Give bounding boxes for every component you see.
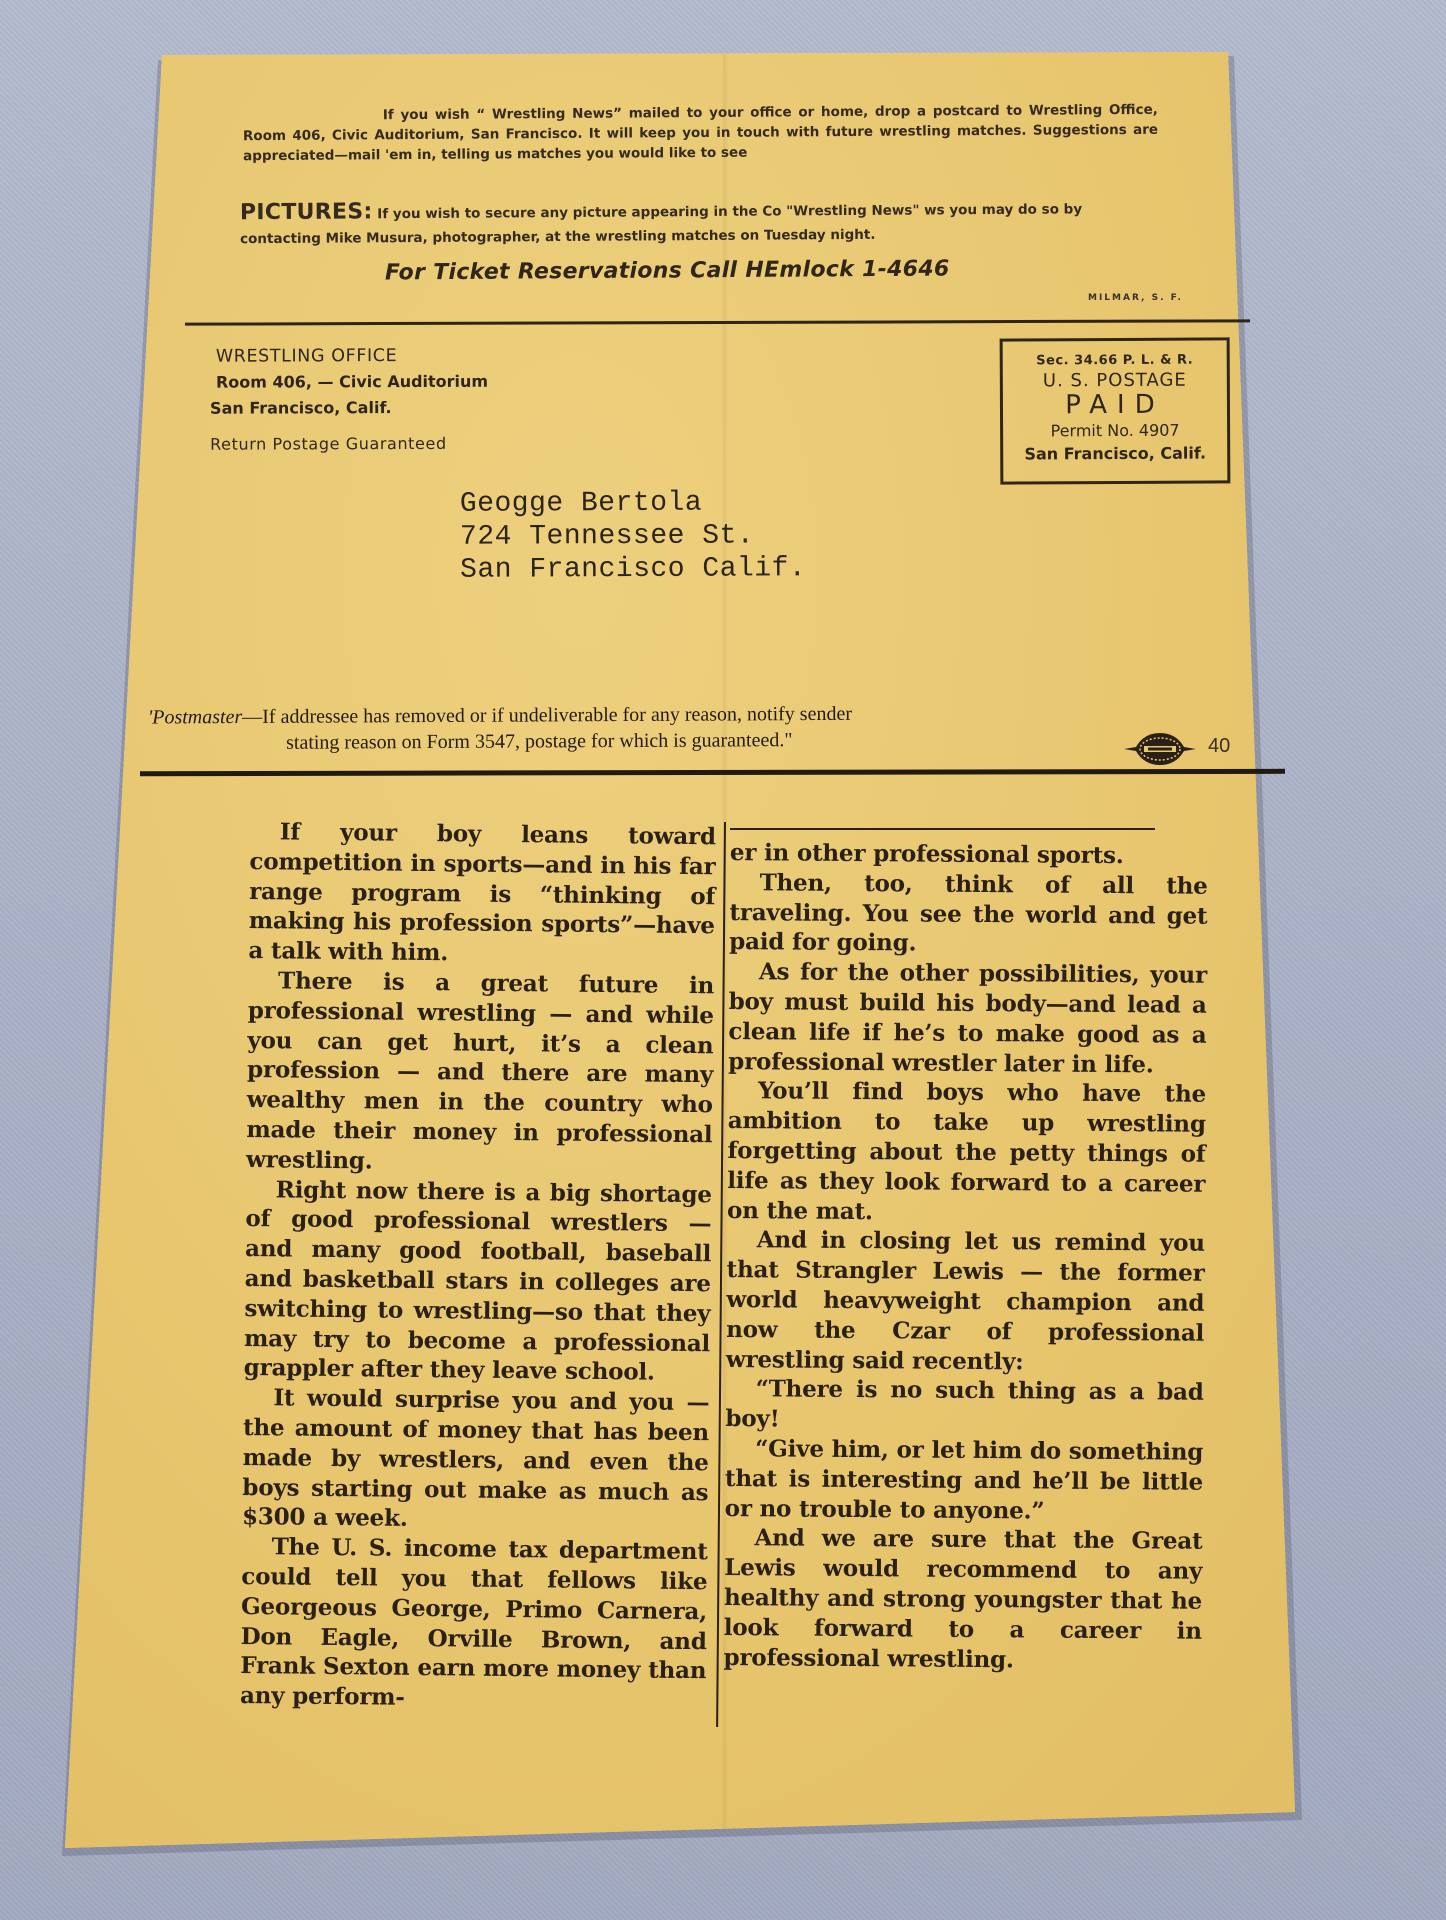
article-paragraph: Right now there is a big shortage of goo… — [244, 1175, 712, 1389]
recipient-address: Geogge Bertola 724 Tennessee St. San Fra… — [460, 486, 806, 587]
postmaster-line1: —If addressee has removed or if undelive… — [242, 703, 852, 728]
postage-city: San Francisco, Calif. — [1003, 443, 1227, 463]
pictures-notice: PICTURES: If you wish to secure any pict… — [240, 195, 1165, 251]
postage-section: Sec. 34.66 P. L. & R. — [1003, 352, 1227, 368]
column2-top-rule — [730, 828, 1155, 830]
article-paragraph: As for the other possibilities, your boy… — [728, 957, 1207, 1080]
postmaster-label: 'Postmaster — [148, 706, 242, 728]
header-divider — [185, 319, 1250, 325]
article-paragraph: There is a great future in professional … — [246, 966, 714, 1180]
notice-text: If you wish “ Wrestling News” mailed to … — [243, 102, 1158, 164]
postage-line1: U. S. POSTAGE — [1003, 369, 1227, 391]
recipient-city: San Francisco Calif. — [460, 552, 806, 587]
article-paragraph: Then, too, think of all the traveling. Y… — [729, 868, 1208, 961]
postmaster-notice: 'Postmaster—If addressee has removed or … — [148, 699, 1108, 756]
postage-permit: Permit No. 4907 — [1003, 420, 1227, 440]
pictures-label: PICTURES: — [240, 199, 373, 225]
article-column-2: er in other professional sports. Then, t… — [723, 838, 1208, 1676]
article-paragraph: If your boy leans toward competition in … — [248, 817, 716, 971]
article-paragraph: er in other professional sports. — [730, 838, 1208, 872]
postage-paid: PAID — [1003, 390, 1227, 419]
article-paragraph: “There is no such thing as a bad boy! — [725, 1374, 1203, 1437]
union-label-icon — [1122, 731, 1198, 767]
newsletter-notice: If you wish “ Wrestling News” mailed to … — [243, 100, 1158, 166]
recipient-name: Geogge Bertola — [460, 486, 806, 521]
article-paragraph: And we are sure that the Great Lewis wou… — [723, 1523, 1202, 1676]
article-paragraph: It would surprise you and you —the amoun… — [242, 1383, 710, 1537]
return-address: WRESTLING OFFICE Room 406, — Civic Audit… — [210, 345, 610, 453]
article-paragraph: The U. S. income tax department could te… — [240, 1532, 708, 1716]
postmaster-line2: stating reason on Form 3547, postage for… — [148, 725, 1108, 756]
return-postage-note: Return Postage Guaranteed — [210, 433, 610, 453]
page-number: 40 — [1208, 735, 1230, 758]
article-divider — [140, 769, 1285, 776]
recipient-street: 724 Tennessee St. — [460, 519, 806, 554]
sender-line2: San Francisco, Calif. — [210, 397, 610, 434]
article-paragraph: And in closing let us remind you that St… — [726, 1225, 1205, 1378]
article-paragraph: “Give him, or let him do something that … — [725, 1434, 1204, 1527]
sender-line1: Room 406, — Civic Auditorium — [216, 371, 610, 398]
printer-mark: MILMAR, S. F. — [1088, 293, 1183, 303]
ticket-reservations: For Ticket Reservations Call HEmlock 1-4… — [385, 256, 1085, 286]
postage-indicia: Sec. 34.66 P. L. & R. U. S. POSTAGE PAID… — [1000, 337, 1231, 484]
article-paragraph: You’ll find boys who have the ambition t… — [727, 1076, 1206, 1229]
sender-name: WRESTLING OFFICE — [216, 345, 610, 372]
article-column-1: If your boy leans toward competition in … — [240, 817, 716, 1716]
mailer-content: If you wish “ Wrestling News” mailed to … — [0, 0, 1446, 1920]
